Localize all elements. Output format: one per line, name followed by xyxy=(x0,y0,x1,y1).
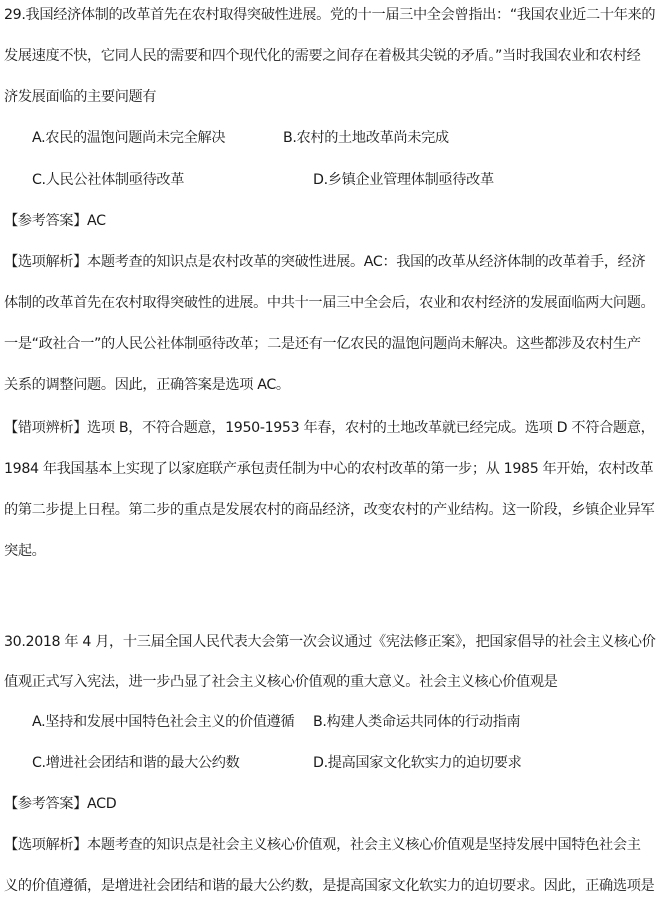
question-stem-line: 济发展面临的主要问题有 xyxy=(4,87,156,107)
analysis-line: 【选项解析】本题考查的知识点是社会主义核心价值观，社会主义核心价值观是坚持发展中… xyxy=(4,835,641,855)
option-c: C.人民公社体制亟待改革 xyxy=(32,170,184,190)
option-a: A.农民的温饱问题尚未完全解决 xyxy=(32,128,225,148)
analysis-line: 【选项解析】本题考查的知识点是农村改革的突破性进展。AC：我国的改革从经济体制的… xyxy=(4,252,645,272)
question-stem-line: 值观正式写入宪法，进一步凸显了社会主义核心价值观的重大意义。社会主义核心价值观是 xyxy=(4,672,558,692)
option-b: B.农村的土地改革尚未完成 xyxy=(283,128,449,148)
wrong-option-analysis-line: 的第二步提上日程。第二步的重点是发展农村的商品经济，改变农村的产业结构。这一阶段… xyxy=(4,500,654,520)
question-stem-line: 30.2018 年 4 月，十三届全国人民代表大会第一次会议通过《宪法修正案》，… xyxy=(4,632,655,652)
reference-answer: 【参考答案】AC xyxy=(4,211,106,231)
option-b: B.构建人类命运共同体的行动指南 xyxy=(313,712,520,732)
reference-answer: 【参考答案】ACD xyxy=(4,794,116,814)
option-d: D.提高国家文化软实力的迫切要求 xyxy=(313,753,521,773)
analysis-line: 一是“政社合一”的人民公社体制亟待改革；二是还有一亿农民的温饱问题尚未解决。这些… xyxy=(4,334,641,354)
analysis-line: 义的价值遵循，是增进社会团结和谐的最大公约数，是提高国家文化软实力的迫切要求。因… xyxy=(4,876,654,896)
option-a: A.坚持和发展中国特色社会主义的价值遵循 xyxy=(32,712,294,732)
option-d: D.乡镇企业管理体制亟待改革 xyxy=(313,170,494,190)
analysis-line: 关系的调整问题。因此，正确答案是选项 AC。 xyxy=(4,375,290,395)
wrong-option-analysis-line: 突起。 xyxy=(4,541,46,561)
wrong-option-analysis-line: 【错项辨析】选项 B，不符合题意，1950-1953 年春，农村的土地改革就已经… xyxy=(4,418,654,438)
wrong-option-analysis-line: 1984 年我国基本上实现了以家庭联产承包责任制为中心的农村改革的第一步；从 1… xyxy=(4,459,653,479)
question-stem-line: 发展速度不快，它同人民的需要和四个现代化的需要之间存在着极其尖锐的矛盾。”当时我… xyxy=(4,46,640,66)
question-stem-line: 29.我国经济体制的改革首先在农村取得突破性进展。党的十一届三中全会曾指出：“我… xyxy=(4,5,655,25)
option-c: C.增进社会团结和谐的最大公约数 xyxy=(32,753,239,773)
analysis-line: 体制的改革首先在农村取得突破性的进展。中共十一届三中全会后，农业和农村经济的发展… xyxy=(4,293,654,313)
